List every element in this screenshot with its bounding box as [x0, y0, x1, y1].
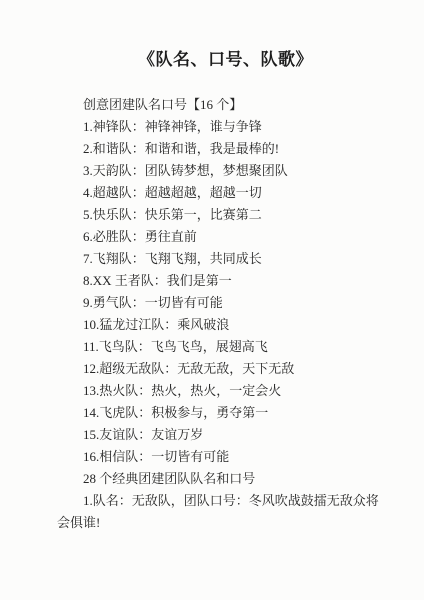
- section-2-heading: 28 个经典团建团队队名和口号: [57, 468, 384, 490]
- section-1-heading: 创意团建队名口号【16 个】: [57, 94, 384, 116]
- list-item: 12.超级无敌队：无敌无敌，天下无敌: [57, 358, 384, 380]
- list-item: 1.队名：无敌队，团队口号：冬风吹战鼓擂无敌众将会俱谁!: [57, 490, 384, 534]
- list-item: 10.猛龙过江队：乘风破浪: [57, 314, 384, 336]
- list-item: 3.天韵队：团队铸梦想，梦想聚团队: [57, 160, 384, 182]
- list-item: 7.飞翔队：飞翔飞翔，共同成长: [57, 248, 384, 270]
- document-page: 《队名、口号、队歌》 创意团建队名口号【16 个】 1.神锋队：神锋神锋，谁与争…: [0, 0, 424, 600]
- list-item: 1.神锋队：神锋神锋，谁与争锋: [57, 116, 384, 138]
- list-item: 2.和谐队：和谐和谐，我是最棒的!: [57, 138, 384, 160]
- list-item: 13.热火队：热火，热火，一定会火: [57, 380, 384, 402]
- list-item: 14.飞虎队：积极参与，勇夺第一: [57, 402, 384, 424]
- list-item: 8.XX 王者队：我们是第一: [57, 270, 384, 292]
- list-item: 5.快乐队：快乐第一，比赛第二: [57, 204, 384, 226]
- list-item: 15.友谊队：友谊万岁: [57, 424, 384, 446]
- list-item: 9.勇气队：一切皆有可能: [57, 292, 384, 314]
- list-item: 16.相信队：一切皆有可能: [57, 446, 384, 468]
- list-item: 11.飞鸟队：飞鸟飞鸟，展翅高飞: [57, 336, 384, 358]
- page-title: 《队名、口号、队歌》: [57, 50, 394, 70]
- list-item: 6.必胜队：勇往直前: [57, 226, 384, 248]
- list-item: 4.超越队：超越超越，超越一切: [57, 182, 384, 204]
